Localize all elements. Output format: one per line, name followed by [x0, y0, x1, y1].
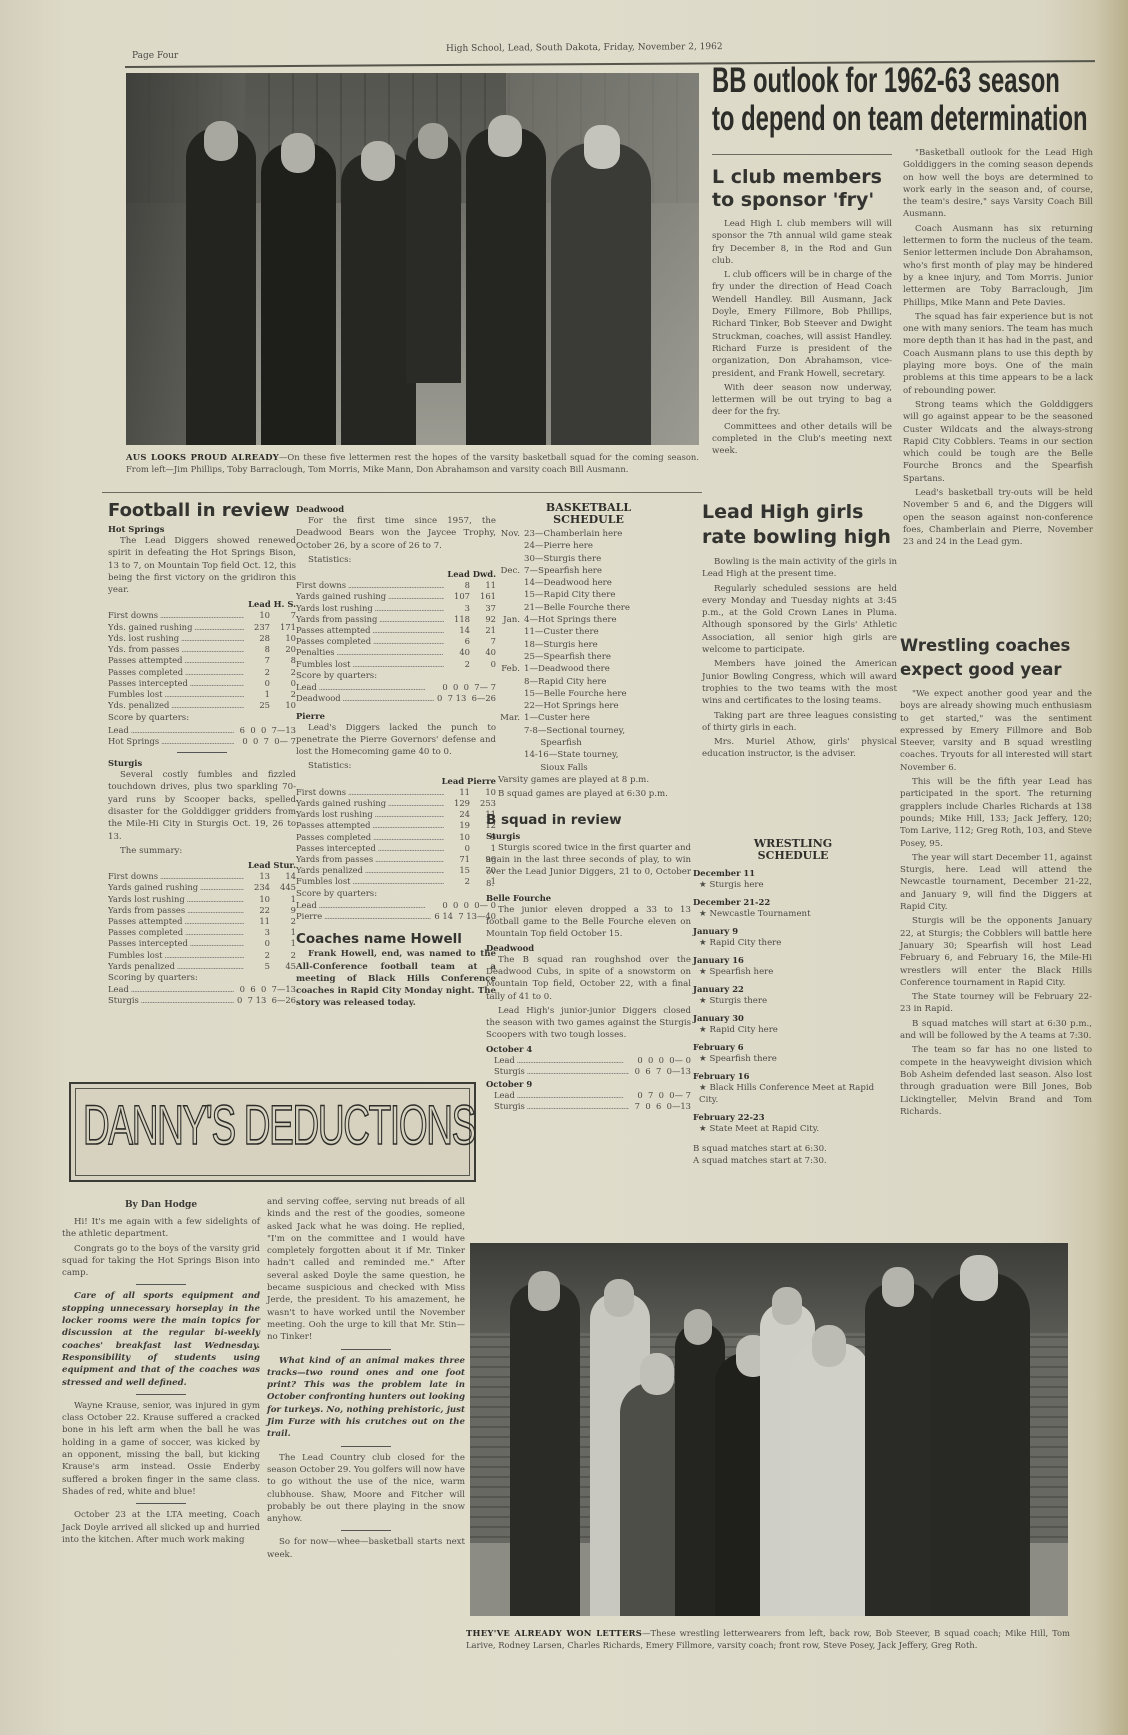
stat-label: Passes intercepted [296, 843, 444, 854]
schedule-month [486, 639, 524, 651]
schedule-entry: 15—Belle Fourche here [524, 688, 627, 700]
b-squad-subhead: Belle Fourche [486, 893, 691, 903]
wrestling-event: ★ Rapid City here [693, 1024, 893, 1036]
schedule-row: 30—Sturgis there [486, 553, 691, 565]
stat-value-opponent: 171 [270, 622, 296, 633]
stat-label: Passes completed [296, 636, 444, 647]
schedule-entry: 14—Deadwood here [524, 577, 612, 589]
schedule-month [486, 553, 524, 565]
schedule-month [486, 651, 524, 663]
bowling-article: Lead High girls rate bowling high Bowlin… [702, 500, 897, 763]
schedule-month [486, 725, 524, 737]
game-date: October 4 [486, 1044, 691, 1054]
stat-row: Fumbles lost20 [296, 659, 496, 670]
dannys-col1: By Dan Hodge Hi! It's me again with a fe… [62, 1196, 260, 1548]
page-label: Page Four [132, 51, 178, 61]
stat-row: First downs107 [108, 610, 296, 621]
masthead-lettering: DANNY'S DEDUCTIONS [83, 1092, 475, 1157]
stat-value-lead: 129 [444, 798, 470, 809]
team-name: Sturgis [108, 995, 234, 1006]
wrestling-schedule-list: December 11★ Sturgis hereDecember 21-22★… [693, 868, 893, 1135]
wrestling-date: February 16 [693, 1071, 893, 1082]
wrestling-event: ★ Spearfish there [693, 1053, 893, 1065]
event-text: Spearfish there [709, 1054, 776, 1064]
b-squad-scores: October 4Lead0 0 0 0— 0Sturgis0 6 7 0—13… [486, 1044, 691, 1113]
schedule-month [486, 676, 524, 688]
divider [177, 752, 227, 753]
b-squad-subhead: Deadwood [486, 943, 691, 953]
face [488, 115, 522, 157]
stat-value-opponent: 445 [270, 882, 296, 893]
stat-label: Yds. gained rushing [108, 622, 244, 633]
schedule-row: Mar.1—Custer here [486, 712, 691, 724]
quarter-scores: 0 7 0 0— 7 [629, 1090, 691, 1101]
paragraph: What kind of an animal makes three track… [267, 1355, 465, 1441]
paragraph: So for now—whee—basketball starts next w… [267, 1536, 465, 1561]
stat-row: Passes attempted1912 [296, 820, 496, 831]
stat-row: Yards penalized1570 [296, 865, 496, 876]
schedule-row: 21—Belle Fourche there [486, 602, 691, 614]
wrestling-date: February 6 [693, 1042, 893, 1053]
stat-row: Passes completed109 [296, 832, 496, 843]
stat-row: Yds. lost rushing2810 [108, 633, 296, 644]
stat-row: Yards lost rushing2411 [296, 809, 496, 820]
stat-value-opponent: 1 [270, 894, 296, 905]
face [882, 1267, 914, 1307]
stat-value-opponent: 20 [270, 644, 296, 655]
stat-value-lead: 1 [244, 689, 270, 700]
schedule-month [486, 626, 524, 638]
wrestling-event: ★ State Meet at Rapid City. [693, 1123, 893, 1135]
stat-row: Passes intercepted01 [296, 843, 496, 854]
schedule-row: 22—Hot Springs here [486, 700, 691, 712]
stat-value-opponent: 10 [270, 633, 296, 644]
score-row: Sturgis7 0 6 0—13 [486, 1101, 691, 1112]
schedule-row: 8—Rapid City here [486, 676, 691, 688]
quarter-scores: 0 0 7 0— 7 [234, 736, 296, 747]
schedule-entry: 8—Rapid City here [524, 676, 607, 688]
person-silhouette [930, 1273, 1030, 1616]
football-review-col2: Deadwood For the first time since 1957, … [296, 502, 496, 1012]
stat-value-lead: 40 [444, 647, 470, 658]
schedule-entry: Sioux Falls [524, 762, 588, 774]
divider [341, 1349, 391, 1350]
team-name: Sturgis [494, 1101, 629, 1112]
stat-row: Passes attempted78 [108, 655, 296, 666]
stat-value-opponent: 1 [270, 927, 296, 938]
dannys-deductions-masthead: DANNY'S DEDUCTIONS [69, 1082, 476, 1182]
b-squad-text: Sturgis scored twice in the first quarte… [486, 842, 691, 891]
stat-label: Yards gained rushing [108, 882, 244, 893]
stat-label: Yards lost rushing [296, 603, 444, 614]
schedule-row: 25—Spearfish there [486, 651, 691, 663]
schedule-month: Mar. [486, 712, 524, 724]
schedule-entry: 24—Pierre here [524, 540, 593, 552]
lettermen-photo-caption: AUS LOOKS PROUD ALREADY—On these five le… [126, 451, 699, 475]
schedule-month: Nov. [486, 528, 524, 540]
stat-row: Penalties4040 [296, 647, 496, 658]
star-icon: ★ [699, 938, 709, 948]
team-name: Sturgis [494, 1066, 629, 1077]
team-name: Hot Springs [108, 736, 234, 747]
paragraph: The B squad ran roughshod over the Deadw… [486, 954, 691, 1003]
stat-value-lead: 8 [444, 580, 470, 591]
newspaper-page: Page Four High School, Lead, South Dakot… [0, 0, 1128, 1735]
stat-value-opponent: 10 [270, 700, 296, 711]
stat-row: Fumbles lost22 [108, 950, 296, 961]
paragraph: October 23 at the LTA meeting, Coach Jac… [62, 1509, 260, 1546]
event-text: Black Hills Conference Meet at Rapid Cit… [699, 1083, 874, 1105]
stat-value-lead: 11 [244, 916, 270, 927]
schedule-row: Dec.7—Spearfish here [486, 565, 691, 577]
wrestling-date: January 22 [693, 984, 893, 995]
score-row: Lead6 0 0 7—13 [108, 725, 296, 736]
stat-value-lead: 234 [244, 882, 270, 893]
event-text: Rapid City here [709, 1025, 777, 1035]
score-row: Deadwood0 7 13 6—26 [296, 693, 496, 704]
stat-label: Passes intercepted [108, 938, 244, 949]
stat-row: Passes intercepted01 [108, 938, 296, 949]
wrestling-event: ★ Black Hills Conference Meet at Rapid C… [693, 1082, 893, 1106]
stat-value-lead: 15 [444, 865, 470, 876]
stat-row: Passes attempted1421 [296, 625, 496, 636]
sturgis-stats-table: First downs1314Yards gained rushing23444… [108, 871, 296, 972]
team-name: Lead [108, 725, 234, 736]
team-name: Lead [494, 1055, 629, 1066]
face [281, 133, 315, 173]
face [812, 1325, 846, 1367]
event-text: State Meet at Rapid City. [709, 1124, 819, 1134]
person-silhouette [790, 1343, 870, 1616]
face [604, 1279, 634, 1317]
stat-label: Passes completed [108, 667, 244, 678]
score-row: Lead0 0 0 0— 0 [486, 1055, 691, 1066]
stat-value-lead: 24 [444, 809, 470, 820]
score-row: Hot Springs0 0 7 0— 7 [108, 736, 296, 747]
schedule-entry: 7—Spearfish here [524, 565, 602, 577]
wrestling-date: February 22-23 [693, 1112, 893, 1123]
quarter-scores: 0 0 0 0— 0 [629, 1055, 691, 1066]
event-text: Sturgis there [709, 996, 767, 1006]
star-icon: ★ [699, 967, 709, 977]
stat-label: Yards lost rushing [108, 894, 244, 905]
deadwood-score-table: Lead0 0 0 7— 7Deadwood0 7 13 6—26 [296, 682, 496, 704]
person-silhouette [341, 153, 416, 445]
quarter-scores: 0 6 0 7—13 [234, 984, 296, 995]
stat-value-opponent: 9 [270, 905, 296, 916]
sturgis-subhead: Sturgis [108, 758, 296, 768]
stat-value-lead: 11 [444, 787, 470, 798]
sturgis-score-table: Lead0 6 0 7—13Sturgis0 7 13 6—26 [108, 984, 296, 1006]
stat-label: First downs [296, 787, 444, 798]
schedule-row: Nov.23—Chamberlain here [486, 528, 691, 540]
stat-value-opponent: 0 [270, 678, 296, 689]
stat-row: Passes attempted112 [108, 916, 296, 927]
schedule-month [486, 602, 524, 614]
wrestling-date: January 30 [693, 1013, 893, 1024]
face [528, 1271, 560, 1311]
team-name: Lead [296, 900, 434, 911]
bb-outlook-body: "Basketball outlook for the Lead High Go… [903, 147, 1093, 551]
star-icon: ★ [699, 909, 709, 919]
divider [136, 1394, 186, 1395]
stat-value-lead: 2 [244, 950, 270, 961]
paragraph: Wayne Krause, senior, was injured in gym… [62, 1400, 260, 1498]
hot-springs-subhead: Hot Springs [108, 524, 296, 534]
stat-value-opponent: 45 [270, 961, 296, 972]
schedule-entry: 14-16—State tourney, [524, 749, 618, 761]
schedule-entry: 15—Rapid City there [524, 589, 615, 601]
stat-value-lead: 14 [444, 625, 470, 636]
team-name: Lead [108, 984, 234, 995]
stat-row: First downs811 [296, 580, 496, 591]
stat-row: Yards gained rushing129253 [296, 798, 496, 809]
caption-title: AUS LOOKS PROUD ALREADY [126, 452, 279, 462]
stat-value-lead: 2 [244, 667, 270, 678]
stat-label: Yds. lost rushing [108, 633, 244, 644]
stat-label: Passes attempted [108, 655, 244, 666]
stat-row: Yards from passes229 [108, 905, 296, 916]
paragraph: and serving coffee, serving nut breads o… [267, 1196, 465, 1344]
section-rule [102, 492, 702, 493]
basketball-schedule-list: Nov.23—Chamberlain here24—Pierre here30—… [486, 528, 691, 774]
game-date: October 9 [486, 1079, 691, 1089]
schedule-month: Dec. [486, 565, 524, 577]
l-club-article: L club members to sponsor 'fry' Lead Hig… [712, 166, 892, 460]
stat-row: Yards penalized545 [108, 961, 296, 972]
schedule-entry: 22—Hot Springs here [524, 700, 619, 712]
stat-value-lead: 118 [444, 614, 470, 625]
face [361, 141, 395, 181]
wrestling-coaches-headline: Wrestling coaches expect good year [900, 634, 1092, 682]
wrestling-event: ★ Newcastle Tournament [693, 908, 893, 920]
stat-label: Yards lost rushing [296, 809, 444, 820]
schedule-row: Jan.4—Hot Springs there [486, 614, 691, 626]
stat-value-lead: 5 [244, 961, 270, 972]
stat-row: Yards from passes7196 [296, 854, 496, 865]
paragraph: Care of all sports equipment and stoppin… [62, 1290, 260, 1388]
b-squad-headline: B squad in review [486, 811, 691, 829]
deadwood-stats-table: First downs811Yards gained rushing107161… [296, 580, 496, 670]
wrestling-date: January 16 [693, 955, 893, 966]
person-silhouette [865, 1283, 935, 1616]
wrestling-event: ★ Sturgis there [693, 995, 893, 1007]
wrestling-date: December 21-22 [693, 897, 893, 908]
schedule-month [486, 762, 524, 774]
stat-row: Yds. penalized2510 [108, 700, 296, 711]
stat-row: Passes completed22 [108, 667, 296, 678]
pierre-score-table: Lead0 0 0 0— 0Pierre6 14 7 13—40 [296, 900, 496, 922]
stat-value-lead: 13 [244, 871, 270, 882]
schedule-row: Spearfish [486, 737, 691, 749]
basketball-schedule: BASKETBALL SCHEDULE Nov.23—Chamberlain h… [486, 502, 691, 1113]
deadwood-subhead: Deadwood [296, 504, 496, 514]
bb-outlook-headline: BB outlook for 1962-63 season to depend … [712, 62, 1088, 138]
caption-title: THEY'VE ALREADY WON LETTERS [466, 1628, 642, 1638]
schedule-month [486, 737, 524, 749]
team-name: Lead [494, 1090, 629, 1101]
stat-label: Yards gained rushing [296, 798, 444, 809]
stat-value-opponent: 2 [270, 916, 296, 927]
face [684, 1309, 712, 1345]
stat-row: Fumbles lost12 [108, 689, 296, 700]
stat-row: Yards gained rushing234445 [108, 882, 296, 893]
schedule-month: Feb. [486, 663, 524, 675]
hot-springs-score-table: Lead6 0 0 7—13Hot Springs0 0 7 0— 7 [108, 725, 296, 747]
star-icon: ★ [699, 1083, 709, 1093]
stat-label: Passes intercepted [108, 678, 244, 689]
stat-label: Fumbles lost [108, 689, 244, 700]
stat-value-lead: 28 [244, 633, 270, 644]
stat-label: First downs [108, 871, 244, 882]
face [418, 123, 448, 159]
schedule-row: 14-16—State tourney, [486, 749, 691, 761]
schedule-entry: 1—Custer here [524, 712, 590, 724]
stat-label: Fumbles lost [296, 876, 444, 887]
person-silhouette [186, 128, 256, 445]
schedule-month: Jan. [486, 614, 524, 626]
divider [136, 1503, 186, 1504]
schedule-row: 24—Pierre here [486, 540, 691, 552]
stat-value-lead: 7 [244, 655, 270, 666]
score-row: Lead0 7 0 0— 7 [486, 1090, 691, 1101]
stat-label: Yards penalized [108, 961, 244, 972]
paragraph: Congrats go to the boys of the varsity g… [62, 1243, 260, 1280]
star-icon: ★ [699, 1025, 709, 1035]
wrestling-date: January 9 [693, 926, 893, 937]
bowling-headline: Lead High girls rate bowling high [702, 500, 897, 550]
stat-value-opponent: 2 [270, 689, 296, 700]
divider [341, 1530, 391, 1531]
stat-label: First downs [296, 580, 444, 591]
football-review-col1: Football in review Hot Springs The Lead … [108, 500, 296, 1007]
face [960, 1255, 998, 1301]
stat-value-lead: 0 [444, 843, 470, 854]
stat-value-lead: 3 [244, 927, 270, 938]
dannys-col2: and serving coffee, serving nut breads o… [267, 1196, 465, 1563]
stat-value-lead: 2 [444, 659, 470, 670]
stat-label: Passes completed [296, 832, 444, 843]
paragraph: Hi! It's me again with a few sidelights … [62, 1216, 260, 1241]
person-silhouette [466, 128, 546, 445]
score-row: Pierre6 14 7 13—40 [296, 911, 496, 922]
stat-value-lead: 10 [444, 832, 470, 843]
score-row: Sturgis0 6 7 0—13 [486, 1066, 691, 1077]
headline-rule [712, 154, 892, 155]
stat-row: First downs1314 [108, 871, 296, 882]
quarter-scores: 7 0 6 0—13 [629, 1101, 691, 1112]
schedule-entry: 30—Sturgis there [524, 553, 601, 565]
stat-label: Yards from passes [296, 854, 444, 865]
stat-row: Yards gained rushing107161 [296, 591, 496, 602]
schedule-row: 15—Belle Fourche here [486, 688, 691, 700]
stat-value-opponent: 14 [270, 871, 296, 882]
dateline: High School, Lead, South Dakota, Friday,… [446, 42, 723, 54]
quarter-scores: 0 6 7 0—13 [629, 1066, 691, 1077]
event-text: Sturgis here [709, 880, 763, 890]
schedule-month [486, 700, 524, 712]
schedule-row: 11—Custer there [486, 626, 691, 638]
schedule-entry: 18—Sturgis here [524, 639, 598, 651]
stat-row: Passes completed67 [296, 636, 496, 647]
stat-value-lead: 2 [444, 876, 470, 887]
stat-value-lead: 19 [444, 820, 470, 831]
team-name: Lead [296, 682, 434, 693]
stat-row: Yards lost rushing101 [108, 894, 296, 905]
wrestling-event: ★ Rapid City there [693, 937, 893, 949]
star-icon: ★ [699, 996, 709, 1006]
person-silhouette [406, 133, 461, 383]
stat-row: Yds. from passes820 [108, 644, 296, 655]
hot-springs-stats-table: First downs107Yds. gained rushing237171Y… [108, 610, 296, 711]
stat-value-lead: 0 [244, 938, 270, 949]
divider [341, 1446, 391, 1447]
wrestling-schedule: WRESTLING SCHEDULE December 11★ Sturgis … [693, 838, 893, 1168]
stat-value-opponent: 7 [270, 610, 296, 621]
team-name: Deadwood [296, 693, 434, 704]
paragraph: The junior eleven dropped a 33 to 13 foo… [486, 904, 691, 941]
football-review-headline: Football in review [108, 500, 296, 522]
stat-row: Yards lost rushing337 [296, 603, 496, 614]
schedule-row: Feb.1—Deadwood there [486, 663, 691, 675]
star-icon: ★ [699, 1054, 709, 1064]
stat-label: Passes attempted [296, 820, 444, 831]
schedule-row: Sioux Falls [486, 762, 691, 774]
stat-label: Yards penalized [296, 865, 444, 876]
schedule-month [486, 688, 524, 700]
stat-value-lead: 6 [444, 636, 470, 647]
score-row: Sturgis0 7 13 6—26 [108, 995, 296, 1006]
quarter-scores: 0 7 13 6—26 [234, 995, 296, 1006]
stat-label: Passes attempted [296, 625, 444, 636]
schedule-month [486, 749, 524, 761]
wrestling-event: ★ Sturgis here [693, 879, 893, 891]
pierre-stats-table: First downs1110Yards gained rushing12925… [296, 787, 496, 888]
stat-label: Yds. from passes [108, 644, 244, 655]
stat-label: Fumbles lost [296, 659, 444, 670]
byline: By Dan Hodge [62, 1200, 260, 1210]
schedule-row: 15—Rapid City there [486, 589, 691, 601]
paragraph: Sturgis scored twice in the first quarte… [486, 842, 691, 891]
stat-row: Yards from passing11892 [296, 614, 496, 625]
person-silhouette [510, 1283, 580, 1616]
event-text: Spearfish here [709, 967, 773, 977]
stat-value-lead: 107 [444, 591, 470, 602]
wrestling-coaches-article: Wrestling coaches expect good year "We e… [900, 634, 1092, 1120]
lettermen-photo [126, 73, 699, 445]
star-icon: ★ [699, 1124, 709, 1134]
schedule-entry: 4—Hot Springs there [524, 614, 617, 626]
stat-row: Yds. gained rushing237171 [108, 622, 296, 633]
stat-value-lead: 25 [244, 700, 270, 711]
stat-label: Passes attempted [108, 916, 244, 927]
stat-label: Penalties [296, 647, 444, 658]
face [204, 121, 238, 161]
stat-value-opponent: 2 [270, 667, 296, 678]
person-silhouette [261, 143, 336, 445]
stat-value-lead: 3 [444, 603, 470, 614]
b-squad-text: The junior eleven dropped a 33 to 13 foo… [486, 904, 691, 941]
stat-label: First downs [108, 610, 244, 621]
event-text: Newcastle Tournament [709, 909, 810, 919]
wrestlers-photo-caption: THEY'VE ALREADY WON LETTERS—These wrestl… [466, 1627, 1070, 1651]
schedule-month [486, 577, 524, 589]
stat-value-lead: 22 [244, 905, 270, 916]
event-text: Rapid City there [709, 938, 781, 948]
stat-label: Passes completed [108, 927, 244, 938]
b-squad-text: The B squad ran roughshod over the Deadw… [486, 954, 691, 1003]
stat-value-opponent: 8 [270, 655, 296, 666]
